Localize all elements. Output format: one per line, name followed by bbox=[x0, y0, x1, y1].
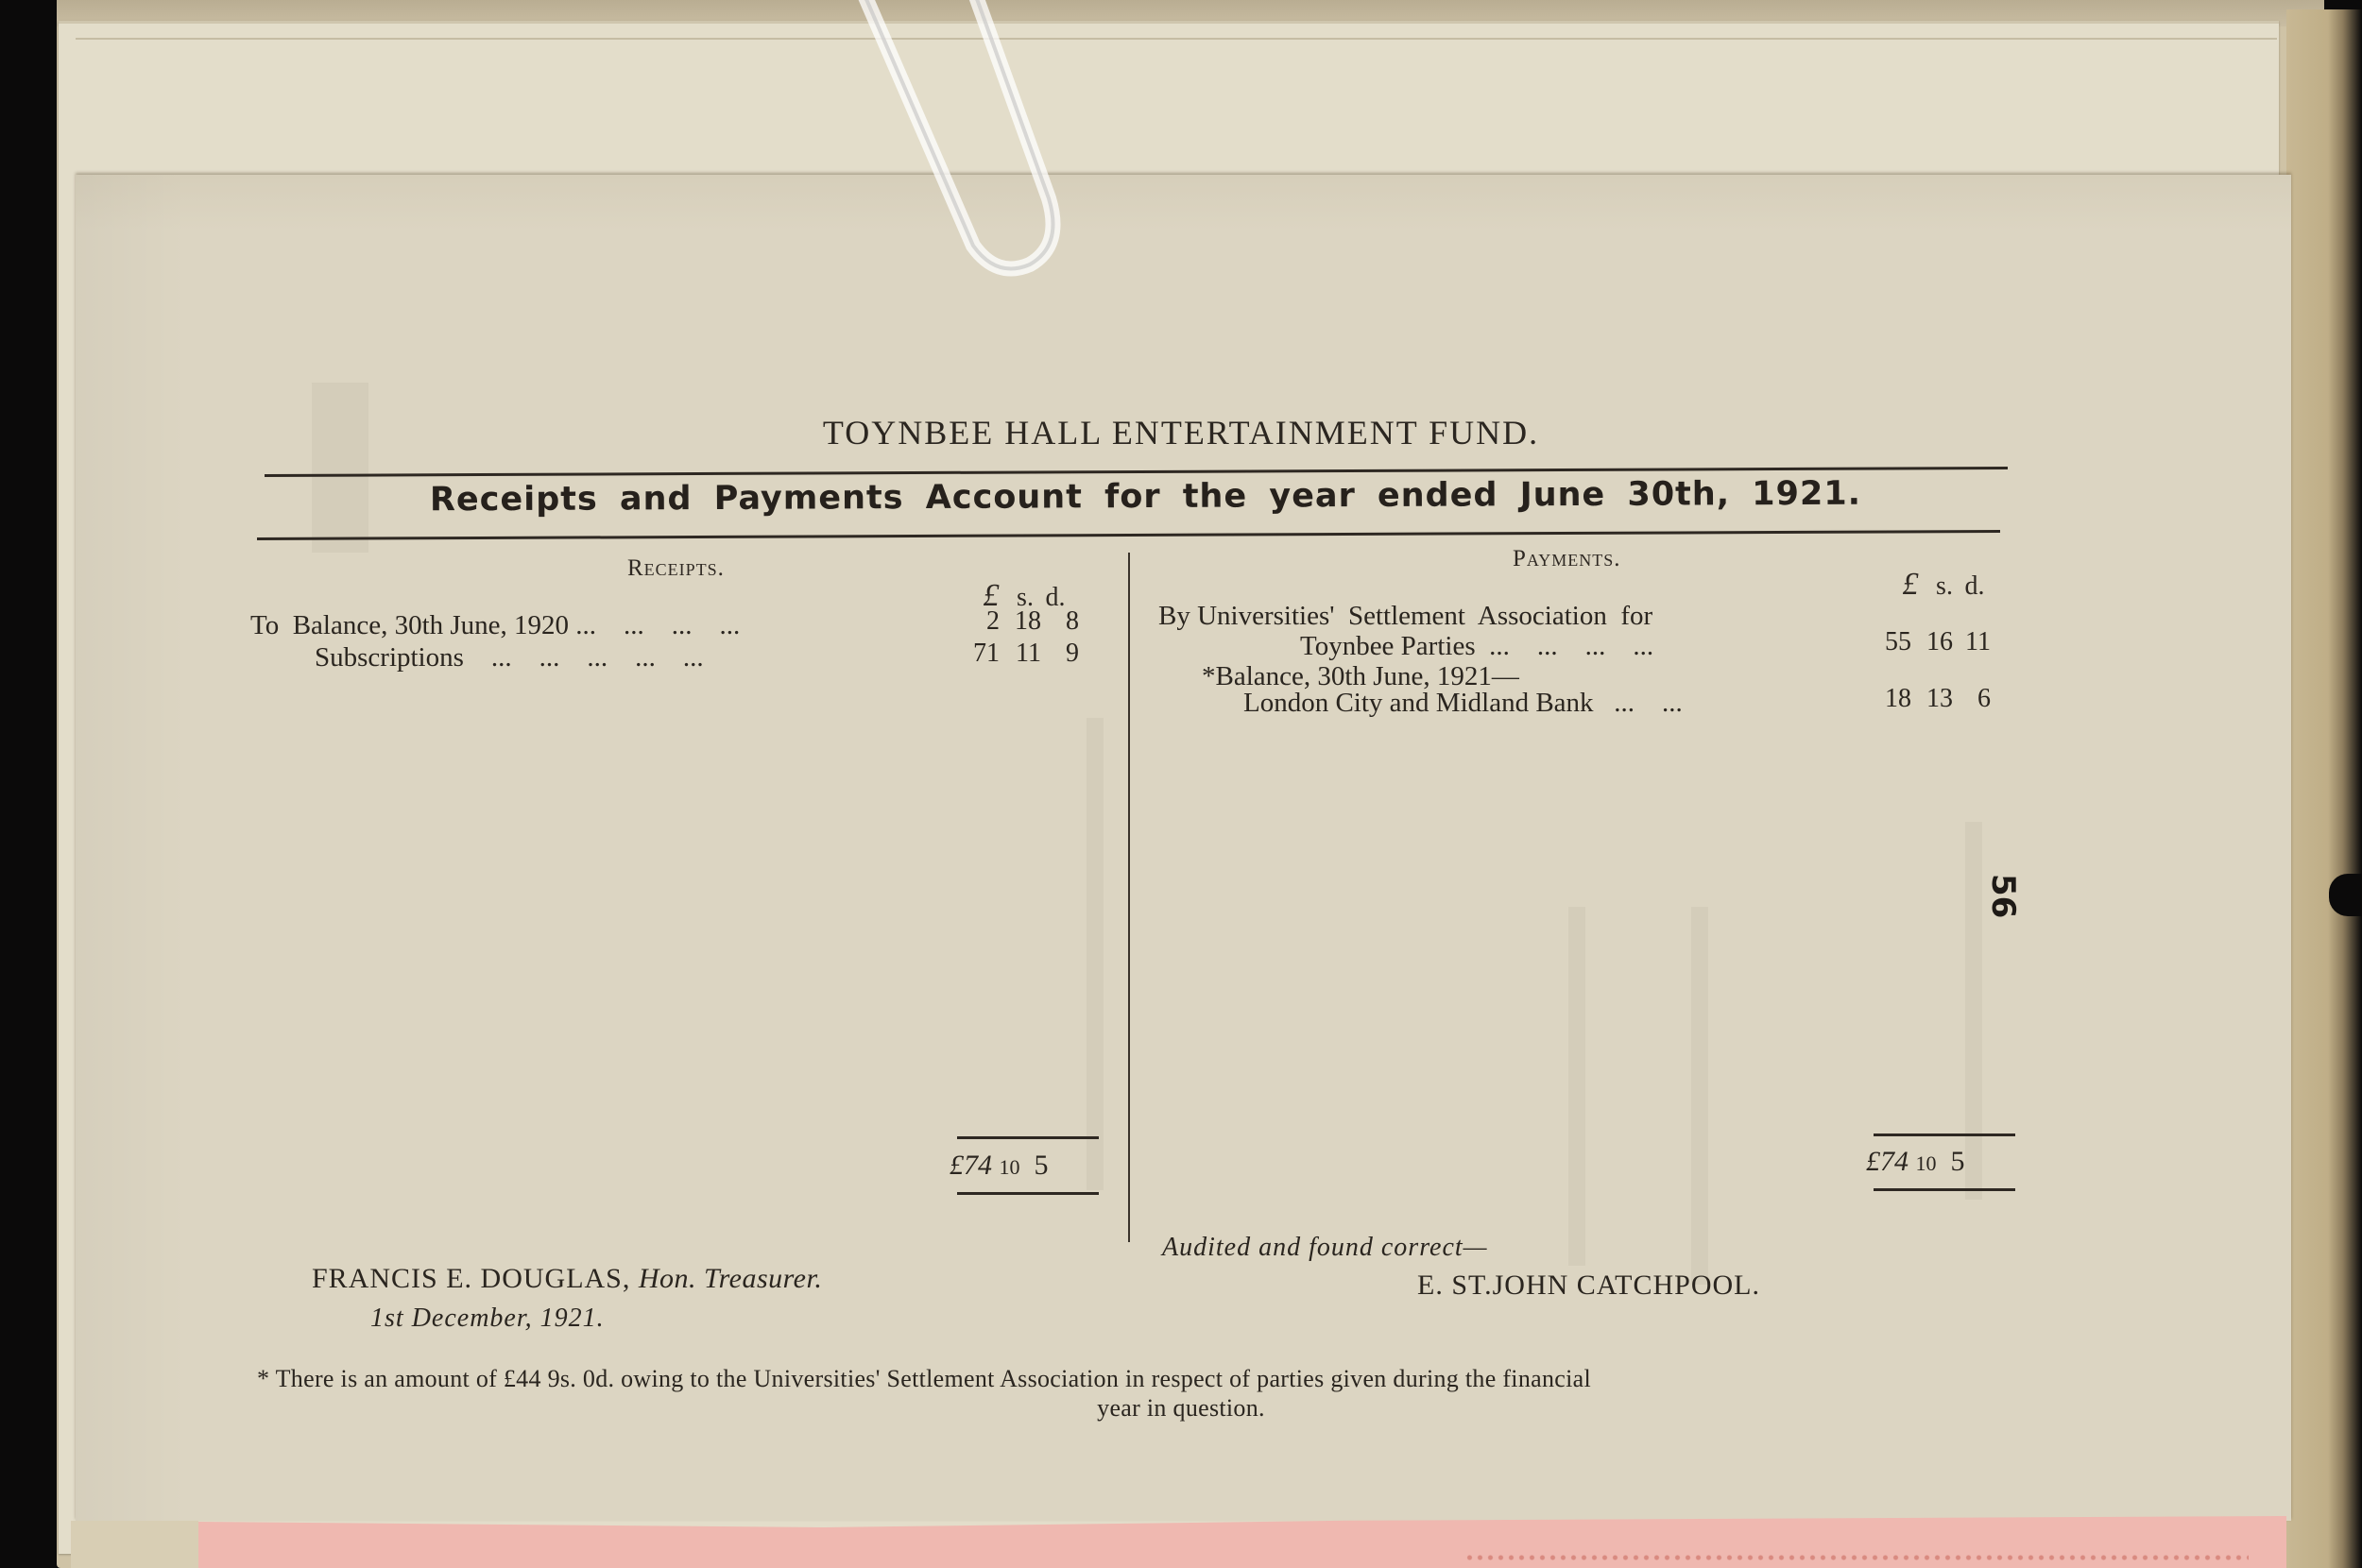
payment-prefix: By bbox=[1158, 601, 1190, 631]
payment-amount: 18136 bbox=[1866, 684, 1991, 714]
audit-statement: Audited and found correct— bbox=[1162, 1233, 1488, 1263]
receipt-row: To Balance, 30th June, 1920 ... ... ... … bbox=[250, 610, 740, 641]
document-subtitle: Receipts and Payments Account for the ye… bbox=[430, 475, 1861, 520]
frayed-right-edge bbox=[2286, 9, 2362, 1568]
total-pounds: £74 bbox=[1866, 1146, 1908, 1177]
auditor-name: E. ST.JOHN CATCHPOOL. bbox=[1417, 1270, 1760, 1302]
date-rest: December, 1921. bbox=[412, 1304, 605, 1333]
receipts-total: £74 10 5 bbox=[950, 1150, 1049, 1182]
treasurer-name: FRANCIS E. DOUGLAS, bbox=[312, 1263, 630, 1294]
total-rule-top bbox=[957, 1136, 1099, 1139]
amount-pence: 8 bbox=[1041, 606, 1079, 637]
payment-amount: 551611 bbox=[1866, 627, 1991, 657]
receipt-label: Balance, 30th June, 1920 ... ... ... ... bbox=[293, 610, 741, 640]
amount-pounds: 55 bbox=[1866, 627, 1911, 657]
payment-row-continuation: Toynbee Parties ... ... ... ... bbox=[1300, 631, 1653, 662]
amount-shillings: 18 bbox=[1000, 606, 1041, 637]
total-shillings: 10 bbox=[1000, 1155, 1020, 1179]
edge-notch bbox=[2329, 874, 2362, 916]
pence-header: d. bbox=[1960, 571, 1989, 602]
total-rule-bottom bbox=[957, 1192, 1099, 1195]
total-pence: 5 bbox=[1951, 1146, 1965, 1177]
treasurer-signature: FRANCIS E. DOUGLAS, Hon. Treasurer. bbox=[312, 1263, 822, 1295]
column-divider bbox=[1128, 553, 1130, 1242]
page-number: 56 bbox=[1984, 874, 2022, 918]
payment-row: By Universities' Settlement Association … bbox=[1158, 601, 1652, 632]
payments-currency-headers: £s.d. bbox=[1892, 567, 1989, 603]
shillings-header: s. bbox=[1928, 571, 1960, 602]
receipt-label: Subscriptions ... ... ... ... ... bbox=[315, 642, 704, 673]
footnote-line-1: * There is an amount of £44 9s. 0d. owin… bbox=[257, 1365, 2024, 1393]
amount-pence: 6 bbox=[1953, 684, 1991, 714]
payment-row-continuation: London City and Midland Bank ... ... bbox=[1243, 688, 1683, 719]
total-pounds: £74 bbox=[950, 1150, 992, 1181]
amount-pounds: 2 bbox=[954, 606, 1000, 637]
amount-shillings: 11 bbox=[1000, 639, 1041, 669]
receipts-heading: Receipts. bbox=[627, 555, 725, 582]
treasurer-date: 1st December, 1921. bbox=[370, 1304, 605, 1334]
receipt-amount: 71119 bbox=[954, 639, 1079, 669]
date-day: 1st bbox=[370, 1304, 404, 1333]
pound-header: £ bbox=[1892, 567, 1928, 603]
receipt-row: Subscriptions ... ... ... ... ... bbox=[315, 642, 704, 673]
perforation-edge bbox=[1464, 1554, 2249, 1561]
payments-heading: Payments. bbox=[1513, 546, 1621, 572]
total-rule-bottom bbox=[1874, 1188, 2015, 1191]
show-through-text bbox=[1087, 718, 1104, 1190]
payment-label: Universities' Settlement Association for bbox=[1197, 601, 1652, 631]
amount-pence: 9 bbox=[1041, 639, 1079, 669]
total-shillings: 10 bbox=[1916, 1151, 1937, 1175]
underlying-card-stub bbox=[71, 1521, 198, 1568]
show-through-text bbox=[1568, 907, 1585, 1266]
amount-shillings: 13 bbox=[1911, 684, 1953, 714]
show-through-text bbox=[1965, 822, 1982, 1200]
treasurer-role: Hon. Treasurer. bbox=[639, 1263, 822, 1294]
total-pence: 5 bbox=[1035, 1150, 1049, 1181]
show-through-text bbox=[1691, 907, 1708, 1285]
total-rule-top bbox=[1874, 1133, 2015, 1136]
receipt-amount: 2188 bbox=[954, 606, 1079, 637]
amount-shillings: 16 bbox=[1911, 627, 1953, 657]
paper-clip-icon bbox=[831, 0, 1115, 283]
amount-pence: 11 bbox=[1953, 627, 1991, 657]
footnote-line-2: year in question. bbox=[0, 1394, 2362, 1423]
underlying-sheet-edge bbox=[76, 38, 2277, 40]
amount-pounds: 18 bbox=[1866, 684, 1911, 714]
document-title: TOYNBEE HALL ENTERTAINMENT FUND. bbox=[0, 413, 2362, 452]
receipt-prefix: To bbox=[250, 610, 279, 640]
show-through-text bbox=[312, 383, 368, 553]
payments-total: £74 10 5 bbox=[1866, 1146, 1965, 1178]
amount-pounds: 71 bbox=[954, 639, 1000, 669]
